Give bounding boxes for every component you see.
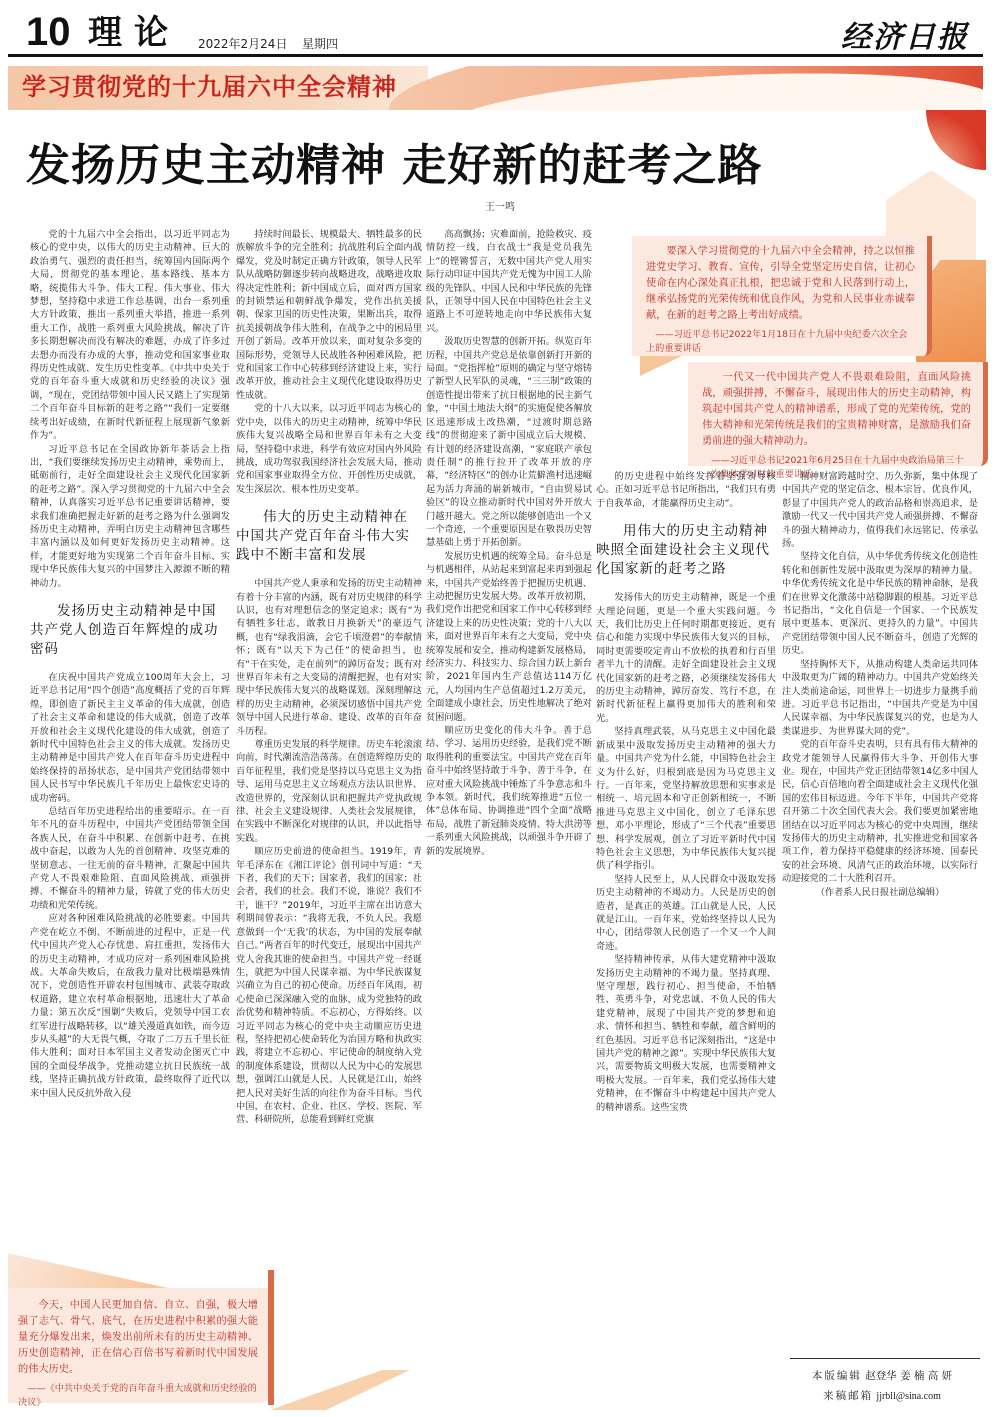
pull-quote-text: 今天，中国人民更加自信、自立、自强，极大增强了志气、骨气、底气，在历史进程中积累… <box>18 1298 258 1378</box>
pull-quote-1: 要深入学习贯彻党的十九届六中全会精神，持之以恒推进党史学习、教育、宣传，引导全党… <box>632 236 932 356</box>
paragraph: 高高飘扬；灾难面前，抢险救灾、疫情防控一线，白衣战士“我是党员我先上”的铿锵誓言… <box>426 228 592 335</box>
paragraph: 顺应历史前进的使命担当。1919年，青年毛泽东在《湘江评论》创刊词中写道：“天下… <box>236 845 422 1127</box>
article-column-3: 高高飘扬；灾难面前，抢险救灾、疫情防控一线，白衣战士“我是党员我先上”的铿锵誓言… <box>426 228 592 1417</box>
topic-banner: 学习贯彻党的十九届六中全会精神 <box>8 66 983 110</box>
pull-quote-source: ——习近平总书记2022年1月18日在十九届中央纪委六次全会上的重要讲话 <box>646 328 915 356</box>
article-byline: 王一鸣 <box>0 198 1000 213</box>
paragraph: 尊重历史发展的科学规律。历史车轮滚滚向前，时代潮流浩浩荡荡。在创造辉煌历史的百年… <box>236 738 422 845</box>
section-subheading: 发扬历史主动精神是中国共产党人创造百年辉煌的成功密码 <box>30 602 230 659</box>
page-number: 10 <box>26 10 71 54</box>
paragraph: 发展历史机遇的统筹全局。奋斗总是与机遇相伴，从站起来到富起来再到强起来，中国共产… <box>426 550 592 724</box>
article-headline: 发扬历史主动精神 走好新的赶考之路 <box>26 138 762 194</box>
article-column-5: 精神财富跨越时空、历久弥新，集中体现了中国共产党的坚定信念、根本宗旨、优良作风，… <box>782 470 978 1310</box>
page-credits: 本版编辑 赵登华 姜 楠 高 妍 来稿邮箱 jjrbll@sina.com <box>782 1366 982 1407</box>
section-title: 理论 <box>88 12 180 54</box>
paragraph: 党的百年奋斗史表明，只有具有伟大精神的政党才能领导人民赢得伟大斗争、开创伟大事业… <box>782 738 978 885</box>
article-column-1: 党的十九届六中全会指出，以习近平同志为核心的党中央，以伟大的历史主动精神、巨大的… <box>30 228 230 1268</box>
paragraph: 精神财富跨越时空、历久弥新，集中体现了中国共产党的坚定信念、根本宗旨、优良作风，… <box>782 470 978 550</box>
paragraph: 的历史进程中始终发挥着坚强领导核心。正如习近平总书记所指出，“我们只有勇于自我革… <box>596 470 776 510</box>
issue-weekday: 星期四 <box>302 35 338 52</box>
newspaper-logo: 经济日报 <box>841 12 969 56</box>
paragraph: 党的十九届六中全会指出，以习近平同志为核心的党中央，以伟大的历史主动精神、巨大的… <box>30 228 230 443</box>
quote-edge-decoration <box>268 1270 274 1405</box>
page-masthead: 10 理论 2022年2月24日 星期四 经济日报 <box>26 8 981 56</box>
paragraph: 应对各种困难风险挑战的必胜要素。中国共产党在屹立不倒、不断前进的过程中，正是一代… <box>30 912 230 1100</box>
pull-quote-3: 今天，中国人民更加自信、自立、自强，极大增强了志气、骨气、底气，在历史进程中积累… <box>8 1288 268 1403</box>
article-column-2: 持续时间最长、规模最大、牺牲最多的民族解放斗争的完全胜利；抗战胜利后全面内战爆发… <box>236 228 422 1343</box>
paragraph: 坚持精神传承，从伟大建党精神中汲取发扬历史主动精神的不竭力量。坚持真理、坚守理想… <box>596 953 776 1114</box>
paragraph: 坚持胸怀天下，从推动构建人类命运共同体中汲取更为广阔的精神动力。中国共产党始终关… <box>782 658 978 738</box>
paragraph: 坚持人民至上，从人民群众中汲取发扬历史主动精神的不竭动力。人民是历史的创造者，是… <box>596 873 776 953</box>
editors-label: 本版编辑 <box>812 1370 862 1382</box>
article-column-4: 的历史进程中始终发挥着坚强领导核心。正如习近平总书记所指出，“我们只有勇于自我革… <box>596 470 776 1417</box>
submission-email[interactable]: jjrbll@sina.com <box>876 1391 940 1402</box>
paragraph: 习近平总书记在全国政协新年茶话会上指出，“我们要继续发扬历史主动精神，乘势而上，… <box>30 443 230 590</box>
paragraph: 坚持真理武装，从马克思主义中国化最新成果中汲取发扬历史主动精神的强大力量。中国共… <box>596 725 776 872</box>
masthead-divider <box>8 54 983 57</box>
paragraph: 总结百年历史进程给出的重要昭示。在一百年不凡的奋斗历程中，中国共产党团结带领全国… <box>30 805 230 912</box>
editors-names: 赵登华 姜 楠 高 妍 <box>865 1370 952 1382</box>
email-label: 来稿邮箱 <box>823 1390 873 1402</box>
credits-divider <box>790 1358 980 1359</box>
paragraph: 顺应历史变化的伟大斗争。善于总结、学习、运用历史经验，是我们党不断取得胜利的重要… <box>426 724 592 858</box>
paragraph: 持续时间最长、规模最大、牺牲最多的民族解放斗争的完全胜利；抗战胜利后全面内战爆发… <box>236 228 422 402</box>
issue-date: 2022年2月24日 <box>198 35 287 52</box>
paragraph: 在庆祝中国共产党成立100周年大会上，习近平总书记用“四个创造”高度概括了党的百… <box>30 671 230 805</box>
section-subheading: 用伟大的历史主动精神映照全面建设社会主义现代化国家新的赶考之路 <box>596 522 776 579</box>
topic-banner-title: 学习贯彻党的十九届六中全会精神 <box>22 70 397 104</box>
paragraph: 坚持文化自信，从中华优秀传统文化创造性转化和创新性发展中汲取更为深厚的精神力量。… <box>782 550 978 657</box>
stripe-decoration <box>270 1370 410 1410</box>
author-note: （作者系人民日报社副总编辑） <box>782 886 978 899</box>
paragraph: 汲取历史智慧的创新开拓。纵览百年历程，中国共产党总是依靠创新打开新的局面。“党指… <box>426 335 592 550</box>
pull-quote-source: ——《中共中央关于党的百年奋斗重大成就和历史经验的决议》 <box>18 1382 258 1410</box>
red-corner-decoration <box>926 110 986 170</box>
pull-quote-text: 一代又一代中国共产党人不畏艰难险阻，直面风险挑战，顽强拼搏，不懈奋斗，展现出伟大… <box>702 370 971 450</box>
section-subheading: 伟大的历史主动精神在中国共产党百年奋斗伟大实践中不断丰富和发展 <box>236 508 422 565</box>
paragraph: 党的十八大以来，以习近平同志为核心的党中央，以伟大的历史主动精神，统筹中华民族伟… <box>236 402 422 496</box>
paragraph: 中国共产党人秉承和发扬的历史主动精神有着十分丰富的内涵，既有对历史规律的科学认识… <box>236 577 422 738</box>
pull-quote-2: 一代又一代中国共产党人不畏艰难险阻，直面风险挑战，顽强拼搏，不懈奋斗，展现出伟大… <box>688 362 988 466</box>
paragraph: 发扬伟大的历史主动精神，既是一个重大理论问题，更是一个重大实践问题。今天，我们比… <box>596 591 776 725</box>
pull-quote-text: 要深入学习贯彻党的十九届六中全会精神，持之以恒推进党史学习、教育、宣传，引导全党… <box>646 244 915 324</box>
